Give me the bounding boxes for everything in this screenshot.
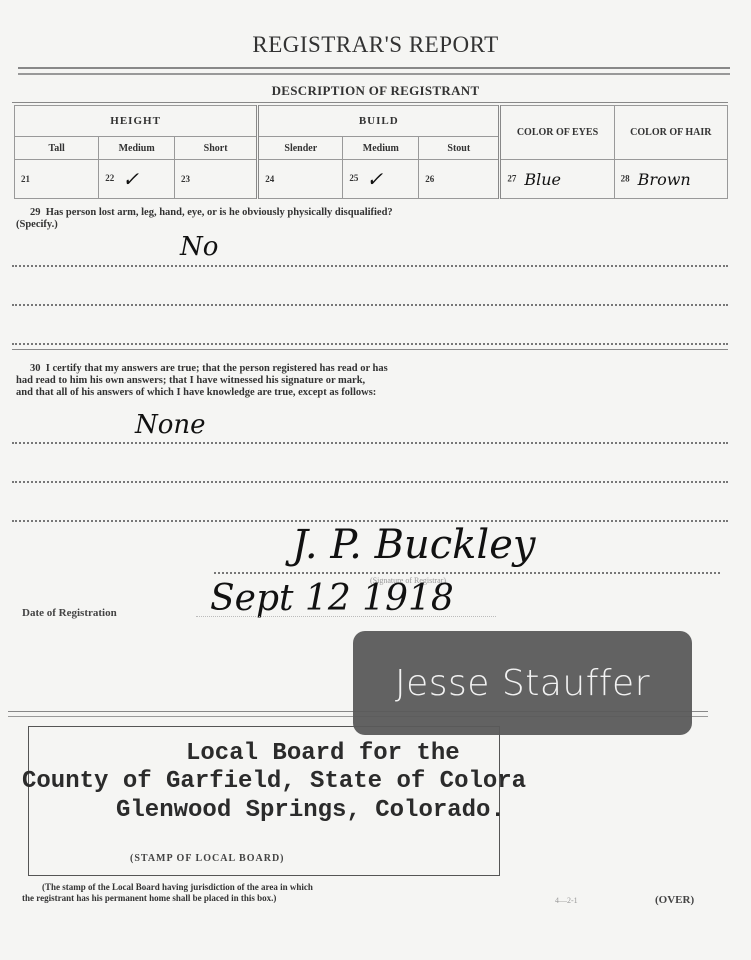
watermark-text: Jesse Stauffer <box>395 663 650 704</box>
eye-color-header: COLOR OF EYES <box>500 106 614 160</box>
cell-eye-color: 27Blue <box>500 160 614 199</box>
question-30: 30 I certify that my answers are true; t… <box>16 363 728 399</box>
section-divider <box>12 349 728 350</box>
form-code: 4—2-1 <box>555 896 578 905</box>
date-label: Date of Registration <box>22 607 117 619</box>
answer-line <box>12 343 728 345</box>
registration-date: Sept 12 1918 <box>210 578 454 619</box>
over-indicator: (OVER) <box>655 894 694 906</box>
title-divider <box>18 67 730 75</box>
answer-line <box>12 304 728 306</box>
name-watermark: Jesse Stauffer <box>353 631 692 735</box>
cell-height-medium: 22✓ <box>99 160 175 199</box>
cell-short: 23 <box>175 160 258 199</box>
q29-answer: No <box>180 232 218 262</box>
answer-line <box>12 442 728 444</box>
check-mark: ✓ <box>122 167 139 191</box>
stamp-line-2: County of Garfield, State of Colora <box>22 768 526 796</box>
answer-line <box>12 265 728 267</box>
stamp-line-3: Glenwood Springs, Colorado. <box>116 797 505 825</box>
cell-hair-color: 28Brown <box>614 160 727 199</box>
col-slender: Slender <box>258 137 343 160</box>
cell-tall: 21 <box>15 160 99 199</box>
stamp-label: (STAMP OF LOCAL BOARD) <box>130 853 285 864</box>
col-short: Short <box>175 137 258 160</box>
cell-slender: 24 <box>258 160 343 199</box>
cell-build-medium: 25✓ <box>343 160 419 199</box>
section-subtitle: DESCRIPTION OF REGISTRANT <box>0 83 751 99</box>
question-29: 29 Has person lost arm, leg, hand, eye, … <box>16 207 728 231</box>
check-mark: ✓ <box>366 167 383 191</box>
description-table: HEIGHT BUILD COLOR OF EYES COLOR OF HAIR… <box>14 105 728 199</box>
cell-stout: 26 <box>419 160 500 199</box>
col-height-medium: Medium <box>99 137 175 160</box>
q30-answer: None <box>135 410 206 440</box>
col-tall: Tall <box>15 137 99 160</box>
stamp-line-1: Local Board for the <box>186 740 460 768</box>
height-group-header: HEIGHT <box>15 106 258 137</box>
hair-color-header: COLOR OF HAIR <box>614 106 727 160</box>
build-group-header: BUILD <box>258 106 500 137</box>
date-line <box>196 616 496 617</box>
page-title: REGISTRAR'S REPORT <box>0 32 751 58</box>
signature-line <box>214 572 720 574</box>
subtitle-divider <box>12 102 728 103</box>
draft-card-page: REGISTRAR'S REPORT DESCRIPTION OF REGIST… <box>0 0 751 960</box>
stamp-footnote: (The stamp of the Local Board having jur… <box>22 882 313 904</box>
registrar-signature: J. P. Buckley <box>292 522 535 568</box>
col-stout: Stout <box>419 137 500 160</box>
col-build-medium: Medium <box>343 137 419 160</box>
answer-line <box>12 481 728 483</box>
